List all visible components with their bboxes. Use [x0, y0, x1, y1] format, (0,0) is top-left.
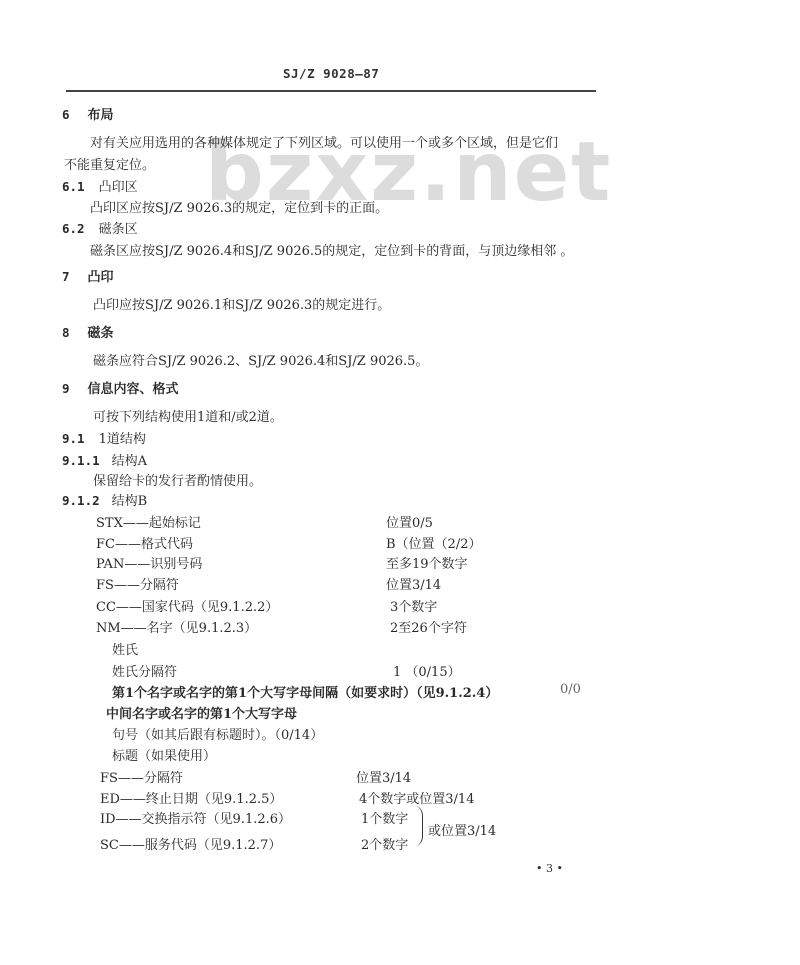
field-fc: FC——格式代码 [96, 533, 193, 552]
section-6-para-line1: 对有关应用选用的各种媒体规定了下列区域。可以使用一个或多个区域，但是它们 [90, 132, 558, 151]
page-number: • 3 • [536, 862, 563, 875]
field-id: ID——交换指示符（见9.1.2.6） [100, 808, 291, 827]
value-sc: 2个数字 [361, 834, 408, 853]
section-7-heading: 7凸印 [62, 266, 114, 285]
field-stx: STX——起始标记 [96, 512, 201, 531]
name-sub-first-name-space: 第1个名字或名字的第1个大写字母间隔（如要求时）（见9.1.2.4） [112, 682, 498, 701]
field-cc: CC——国家代码（见9.1.2.2） [96, 596, 278, 615]
section-6-1-heading: 6.1凸印区 [62, 176, 138, 195]
value-pan: 至多19个数字 [386, 553, 468, 572]
field-sc: SC——服务代码（见9.1.2.7） [100, 834, 281, 853]
section-9-para: 可按下列结构使用1道和/或2道。 [93, 406, 283, 425]
section-6-1-para: 凸印区应按SJ/Z 9026.3的规定，定位到卡的正面。 [90, 197, 388, 216]
value-fs-2: 位置3/14 [356, 767, 411, 786]
brace-note: 或位置3/14 [428, 820, 496, 839]
name-sub-surname-separator: 姓氏分隔符 [112, 661, 177, 680]
field-pan: PAN——识别号码 [96, 553, 202, 572]
name-sub-middle-name: 中间名字或名字的第1个大写字母 [106, 703, 297, 722]
section-6-2-para: 磁条区应按SJ/Z 9026.4和SJ/Z 9026.5的规定，定位到卡的背面，… [90, 240, 573, 259]
value-id: 1个数字 [361, 808, 408, 827]
field-nm: NM——名字（见9.1.2.3） [96, 617, 257, 636]
section-6-para-line2: 不能重复定位。 [64, 154, 155, 173]
field-fs: FS——分隔符 [96, 574, 179, 593]
brace-bracket [414, 806, 423, 846]
value-ed: 4个数字或位置3/14 [359, 788, 474, 807]
section-9-1-1-para: 保留给卡的发行者酌情使用。 [93, 470, 262, 489]
field-fs-2: FS——分隔符 [100, 767, 183, 786]
section-8-para: 磁条应符合SJ/Z 9026.2、SJ/Z 9026.4和SJ/Z 9026.5… [93, 350, 428, 369]
header-rule [66, 90, 596, 92]
section-9-heading: 9信息内容、格式 [62, 378, 179, 397]
value-surname-separator: 1 （0/15） [393, 661, 461, 680]
name-sub-surname: 姓氏 [112, 639, 138, 658]
section-6-heading: 6布局 [62, 104, 114, 123]
standard-code-header: SJ/Z 9028—87 [283, 66, 379, 81]
section-6-2-heading: 6.2磁条区 [62, 218, 138, 237]
section-9-1-heading: 9.11道结构 [62, 428, 146, 447]
value-nm: 2至26个字符 [390, 617, 467, 636]
name-sub-period: 句号（如其后跟有标题时）。（0/14） [112, 724, 323, 743]
value-first-name-space: 0/0 [560, 682, 581, 697]
section-8-heading: 8磁条 [62, 322, 114, 341]
value-stx: 位置0/5 [386, 512, 433, 531]
value-cc: 3个数字 [390, 596, 437, 615]
section-9-1-1-heading: 9.1.1结构A [62, 450, 147, 469]
value-fs: 位置3/14 [386, 574, 441, 593]
value-fc: B（位置（2/2） [386, 533, 481, 552]
name-sub-title: 标题（如果使用） [112, 745, 216, 764]
field-ed: ED——终止日期（见9.1.2.5） [100, 788, 282, 807]
section-9-1-2-heading: 9.1.2结构B [62, 490, 147, 509]
section-7-para: 凸印应按SJ/Z 9026.1和SJ/Z 9026.3的规定进行。 [93, 294, 390, 313]
